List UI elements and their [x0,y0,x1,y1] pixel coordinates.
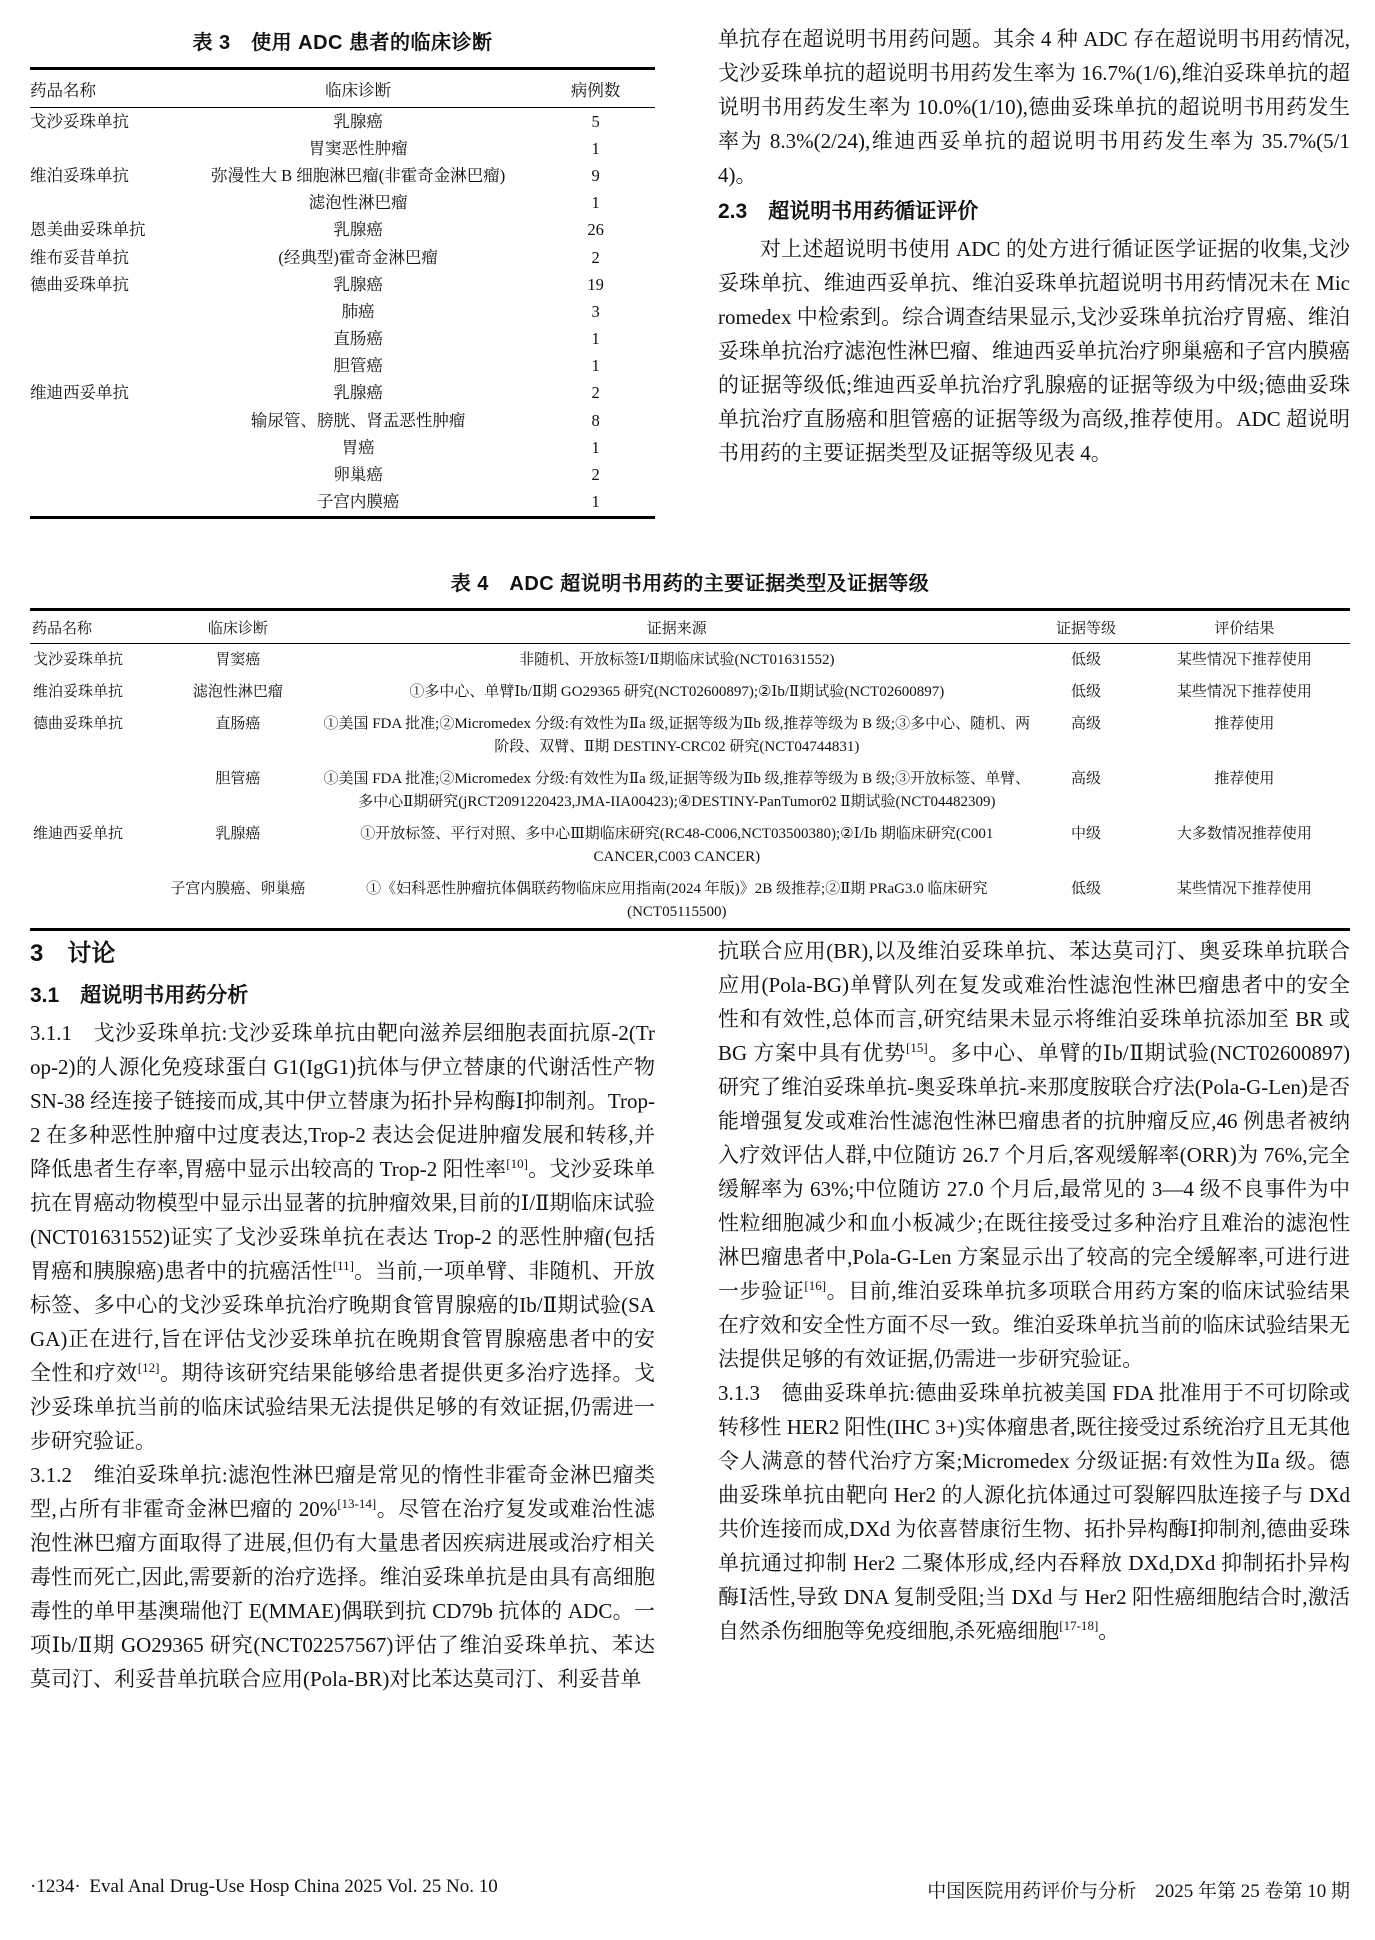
table-cell: 维迪西妥单抗 [30,818,155,873]
reference-marker: [16] [804,1278,826,1293]
table-cell: 直肠癌 [155,708,320,763]
page-footer: ·1234· Eval Anal Drug-Use Hosp China 202… [30,1876,1350,1903]
table-cell: 输尿管、膀胱、肾盂恶性肿瘤 [180,407,536,434]
table-row: 维迪西妥单抗乳腺癌①开放标签、平行对照、多中心Ⅲ期临床研究(RC48-C006,… [30,818,1350,873]
table-cell: 推荐使用 [1139,708,1350,763]
table-cell: 某些情况下推荐使用 [1139,676,1350,708]
table-cell [30,763,155,818]
table-cell: 某些情况下推荐使用 [1139,644,1350,677]
reference-marker: [10] [506,1156,528,1171]
table-cell: 卵巢癌 [180,461,536,488]
evidence-rate-section: 单抗存在超说明书用药问题。其余 4 种 ADC 存在超说明书用药情况,戈沙妥珠单… [718,22,1350,470]
table-cell: ①《妇科恶性肿瘤抗体偶联药物临床应用指南(2024 年版)》2B 级推荐;②Ⅱ期… [320,873,1033,930]
journal-page: 表 3 使用 ADC 患者的临床诊断 药品名称临床诊断病例数 戈沙妥珠单抗乳腺癌… [0,0,1375,1940]
table-cell: 9 [536,162,655,189]
footer-left: ·1234· Eval Anal Drug-Use Hosp China 202… [30,1876,498,1898]
table-row: 戈沙妥珠单抗乳腺癌5 [30,108,655,136]
table-cell: 26 [536,217,655,244]
table-cell: 高级 [1033,708,1139,763]
table-cell: 2 [536,244,655,271]
paragraph-evidence-evaluation: 对上述超说明书使用 ADC 的处方进行循证医学证据的收集,戈沙妥珠单抗、维迪西妥… [718,232,1350,470]
table-cell: 低级 [1033,676,1139,708]
column-header: 病例数 [536,69,655,108]
table-cell: ①多中心、单臂Ⅰb/Ⅱ期 GO29365 研究(NCT02600897);②Ⅰb… [320,676,1033,708]
table4-body: 戈沙妥珠单抗胃窦癌非随机、开放标签Ⅰ/Ⅱ期临床试验(NCT01631552)低级… [30,644,1350,930]
column-header: 临床诊断 [155,610,320,644]
paragraph-3-1-2-continued: 抗联合应用(BR),以及维泊妥珠单抗、苯达莫司汀、奥妥珠单抗联合应用(Pola-… [718,934,1350,1376]
table-cell: 维迪西妥单抗 [30,380,180,407]
table-cell: 5 [536,108,655,136]
column-header: 证据等级 [1033,610,1139,644]
reference-marker: [11] [333,1258,354,1273]
table-row: 维迪西妥单抗乳腺癌2 [30,380,655,407]
table-cell: 2 [536,380,655,407]
table-cell [30,135,180,162]
table-cell: 乳腺癌 [180,271,536,298]
table-cell: 1 [536,190,655,217]
table-cell: 子宫内膜癌、卵巢癌 [155,873,320,930]
table-cell: 乳腺癌 [155,818,320,873]
table-row: 输尿管、膀胱、肾盂恶性肿瘤8 [30,407,655,434]
table-cell: 19 [536,271,655,298]
table-row: 滤泡性淋巴瘤1 [30,190,655,217]
table-cell: 子宫内膜癌 [180,489,536,518]
table-cell: ①美国 FDA 批准;②Micromedex 分级:有效性为Ⅱa 级,证据等级为… [320,763,1033,818]
table-cell: 滤泡性淋巴瘤 [155,676,320,708]
table-cell: 维泊妥珠单抗 [30,676,155,708]
table-cell [30,461,180,488]
journal-name-cn: 中国医院用药评价与分析 2025 年第 25 卷第 10 期 [927,1876,1350,1903]
table4-title: 表 4 ADC 超说明书用药的主要证据类型及证据等级 [30,567,1350,596]
table-row: 维泊妥珠单抗滤泡性淋巴瘤①多中心、单臂Ⅰb/Ⅱ期 GO29365 研究(NCT0… [30,676,1350,708]
table-row: 维布妥昔单抗(经典型)霍奇金淋巴瘤2 [30,244,655,271]
table-cell: 乳腺癌 [180,108,536,136]
table-cell: 1 [536,434,655,461]
heading-3-discussion: 3 讨论 [30,934,655,974]
table-row: 子宫内膜癌1 [30,489,655,518]
table-row: 胆管癌1 [30,353,655,380]
table-row: 维泊妥珠单抗弥漫性大 B 细胞淋巴瘤(非霍奇金淋巴瘤)9 [30,162,655,189]
table-row: 德曲妥珠单抗直肠癌①美国 FDA 批准;②Micromedex 分级:有效性为Ⅱ… [30,708,1350,763]
table-cell: 大多数情况推荐使用 [1139,818,1350,873]
table-cell [30,873,155,930]
table-cell [30,298,180,325]
table4-section: 表 4 ADC 超说明书用药的主要证据类型及证据等级 药品名称临床诊断证据来源证… [30,567,1350,931]
table-cell: 1 [536,326,655,353]
table4: 药品名称临床诊断证据来源证据等级评价结果 戈沙妥珠单抗胃窦癌非随机、开放标签Ⅰ/… [30,608,1350,931]
table-cell: 高级 [1033,763,1139,818]
reference-marker: [15] [906,1040,928,1055]
table-row: 直肠癌1 [30,326,655,353]
table-cell: 直肠癌 [180,326,536,353]
table-cell: 戈沙妥珠单抗 [30,108,180,136]
discussion-right-column: 抗联合应用(BR),以及维泊妥珠单抗、苯达莫司汀、奥妥珠单抗联合应用(Pola-… [718,934,1350,1648]
table-cell: 胃窦癌 [155,644,320,677]
table3-header-row: 药品名称临床诊断病例数 [30,69,655,108]
table-cell: 胆管癌 [180,353,536,380]
reference-marker: [13-14] [337,1496,376,1511]
column-header: 药品名称 [30,610,155,644]
table-cell: 维泊妥珠单抗 [30,162,180,189]
table-row: 子宫内膜癌、卵巢癌①《妇科恶性肿瘤抗体偶联药物临床应用指南(2024 年版)》2… [30,873,1350,930]
column-header: 评价结果 [1139,610,1350,644]
table-cell: 1 [536,353,655,380]
table-row: 胃窦恶性肿瘤1 [30,135,655,162]
table-row: 卵巢癌2 [30,461,655,488]
table-cell: 某些情况下推荐使用 [1139,873,1350,930]
table-cell [30,190,180,217]
table-cell: 中级 [1033,818,1139,873]
reference-marker: [17-18] [1059,1618,1098,1633]
table3: 药品名称临床诊断病例数 戈沙妥珠单抗乳腺癌5胃窦恶性肿瘤1维泊妥珠单抗弥漫性大 … [30,67,655,519]
table-cell [30,489,180,518]
table-cell: 非随机、开放标签Ⅰ/Ⅱ期临床试验(NCT01631552) [320,644,1033,677]
journal-name-en: Eval Anal Drug-Use Hosp China 2025 Vol. … [89,1876,497,1897]
reference-marker: [12] [138,1360,160,1375]
table-cell [30,326,180,353]
paragraph-3-1-2: 3.1.2 维泊妥珠单抗:滤泡性淋巴瘤是常见的惰性非霍奇金淋巴瘤类型,占所有非霍… [30,1458,655,1696]
table4-header-row: 药品名称临床诊断证据来源证据等级评价结果 [30,610,1350,644]
table-cell: 乳腺癌 [180,380,536,407]
table-cell: 戈沙妥珠单抗 [30,644,155,677]
table-cell: (经典型)霍奇金淋巴瘤 [180,244,536,271]
table3-title: 表 3 使用 ADC 患者的临床诊断 [30,26,655,55]
table-cell [30,434,180,461]
table-cell: ①开放标签、平行对照、多中心Ⅲ期临床研究(RC48-C006,NCT035003… [320,818,1033,873]
table-cell: ①美国 FDA 批准;②Micromedex 分级:有效性为Ⅱa 级,证据等级为… [320,708,1033,763]
paragraph-3-1-1: 3.1.1 戈沙妥珠单抗:戈沙妥珠单抗由靶向滋养层细胞表面抗原-2(Trop-2… [30,1016,655,1458]
table-cell: 滤泡性淋巴瘤 [180,190,536,217]
table-cell: 维布妥昔单抗 [30,244,180,271]
table-cell: 德曲妥珠单抗 [30,708,155,763]
table-cell [30,353,180,380]
table3-section: 表 3 使用 ADC 患者的临床诊断 药品名称临床诊断病例数 戈沙妥珠单抗乳腺癌… [30,26,655,519]
paragraph-3-1-3: 3.1.3 德曲妥珠单抗:德曲妥珠单抗被美国 FDA 批准用于不可切除或转移性 … [718,1376,1350,1648]
heading-2-3: 2.3 超说明书用药循证评价 [718,194,1350,230]
table-cell: 8 [536,407,655,434]
column-header: 证据来源 [320,610,1033,644]
table-row: 恩美曲妥珠单抗乳腺癌26 [30,217,655,244]
discussion-left-column: 3 讨论 3.1 超说明书用药分析 3.1.1 戈沙妥珠单抗:戈沙妥珠单抗由靶向… [30,934,655,1696]
table-cell: 德曲妥珠单抗 [30,271,180,298]
table-cell: 低级 [1033,873,1139,930]
table-cell: 胆管癌 [155,763,320,818]
column-header: 临床诊断 [180,69,536,108]
table-row: 德曲妥珠单抗乳腺癌19 [30,271,655,298]
table-cell: 推荐使用 [1139,763,1350,818]
table-cell: 1 [536,135,655,162]
table-cell: 肺癌 [180,298,536,325]
table-row: 胃癌1 [30,434,655,461]
table-cell: 胃窦恶性肿瘤 [180,135,536,162]
table-row: 胆管癌①美国 FDA 批准;②Micromedex 分级:有效性为Ⅱa 级,证据… [30,763,1350,818]
table-cell: 乳腺癌 [180,217,536,244]
table-cell: 2 [536,461,655,488]
table-cell: 弥漫性大 B 细胞淋巴瘤(非霍奇金淋巴瘤) [180,162,536,189]
table-cell: 恩美曲妥珠单抗 [30,217,180,244]
table-cell: 低级 [1033,644,1139,677]
column-header: 药品名称 [30,69,180,108]
heading-3-1: 3.1 超说明书用药分析 [30,978,655,1014]
table3-body: 戈沙妥珠单抗乳腺癌5胃窦恶性肿瘤1维泊妥珠单抗弥漫性大 B 细胞淋巴瘤(非霍奇金… [30,108,655,518]
table-cell [30,407,180,434]
table-row: 戈沙妥珠单抗胃窦癌非随机、开放标签Ⅰ/Ⅱ期临床试验(NCT01631552)低级… [30,644,1350,677]
page-number: ·1234· [30,1876,81,1897]
table-cell: 3 [536,298,655,325]
table-cell: 胃癌 [180,434,536,461]
paragraph-overlabel-rates: 单抗存在超说明书用药问题。其余 4 种 ADC 存在超说明书用药情况,戈沙妥珠单… [718,22,1350,192]
table-cell: 1 [536,489,655,518]
table-row: 肺癌3 [30,298,655,325]
